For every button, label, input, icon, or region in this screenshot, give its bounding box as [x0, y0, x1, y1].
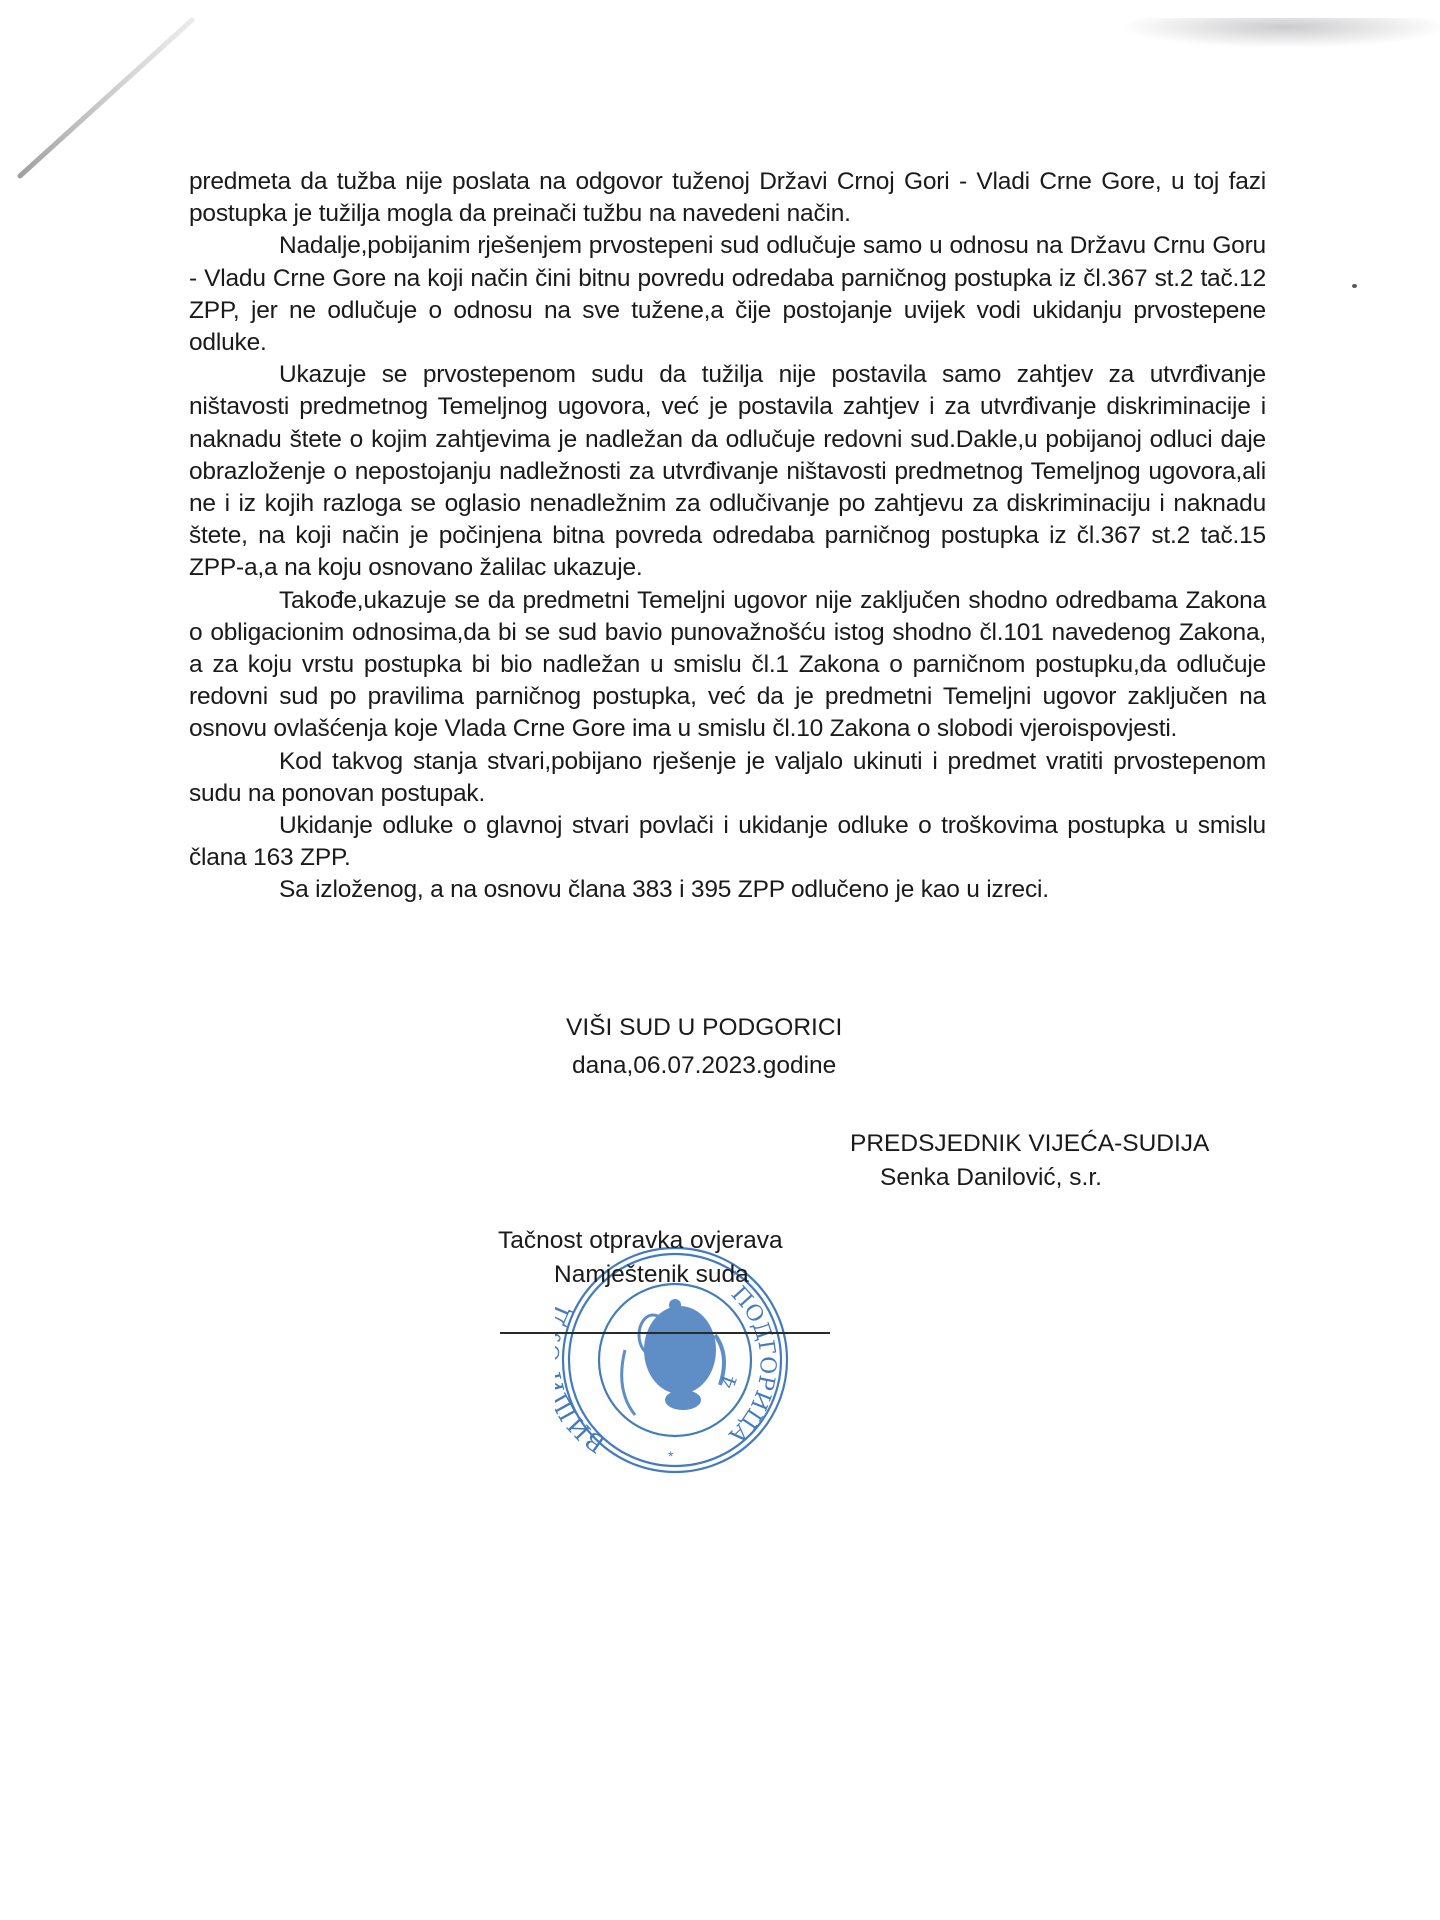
- judge-title: PREDSJEDNIK VIJEĆA-SUDIJA: [850, 1127, 1209, 1161]
- certification-block: Tačnost otpravka ovjerava Namještenik su…: [498, 1224, 783, 1292]
- court-name: VIŠI SUD U PODGORICI: [566, 1009, 842, 1047]
- decision-date: dana,06.07.2023.godine: [566, 1047, 842, 1085]
- scan-shadow: [1120, 18, 1440, 48]
- judge-signature-block: PREDSJEDNIK VIJEĆA-SUDIJA Senka Danilovi…: [850, 1127, 1209, 1195]
- certification-role: Namještenik suda: [498, 1258, 783, 1292]
- certification-line: Tačnost otpravka ovjerava: [498, 1224, 783, 1258]
- svg-text:*: *: [668, 1448, 674, 1464]
- paragraph: Kod takvog stanja stvari,pobijano rješen…: [189, 746, 1266, 810]
- document-body: predmeta da tužba nije poslata na odgovo…: [189, 166, 1266, 907]
- paragraph: Ukidanje odluke o glavnoj stvari povlači…: [189, 810, 1266, 874]
- paragraph: predmeta da tužba nije poslata na odgovo…: [189, 166, 1266, 230]
- paragraph: Ukazuje se prvostepenom sudu da tužilja …: [189, 359, 1266, 584]
- signature-line: [500, 1332, 830, 1334]
- paragraph: Sa izloženog, a na osnovu člana 383 i 39…: [189, 874, 1266, 906]
- paragraph: Takođe,ukazuje se da predmetni Temeljni …: [189, 585, 1266, 746]
- paragraph: Nadalje,pobijanim rješenjem prvostepeni …: [189, 230, 1266, 359]
- scan-speck: [1352, 284, 1357, 288]
- coat-of-arms-icon: [622, 1299, 724, 1415]
- court-block: VIŠI SUD U PODGORICI dana,06.07.2023.god…: [566, 1009, 842, 1085]
- judge-name: Senka Danilović, s.r.: [850, 1161, 1209, 1195]
